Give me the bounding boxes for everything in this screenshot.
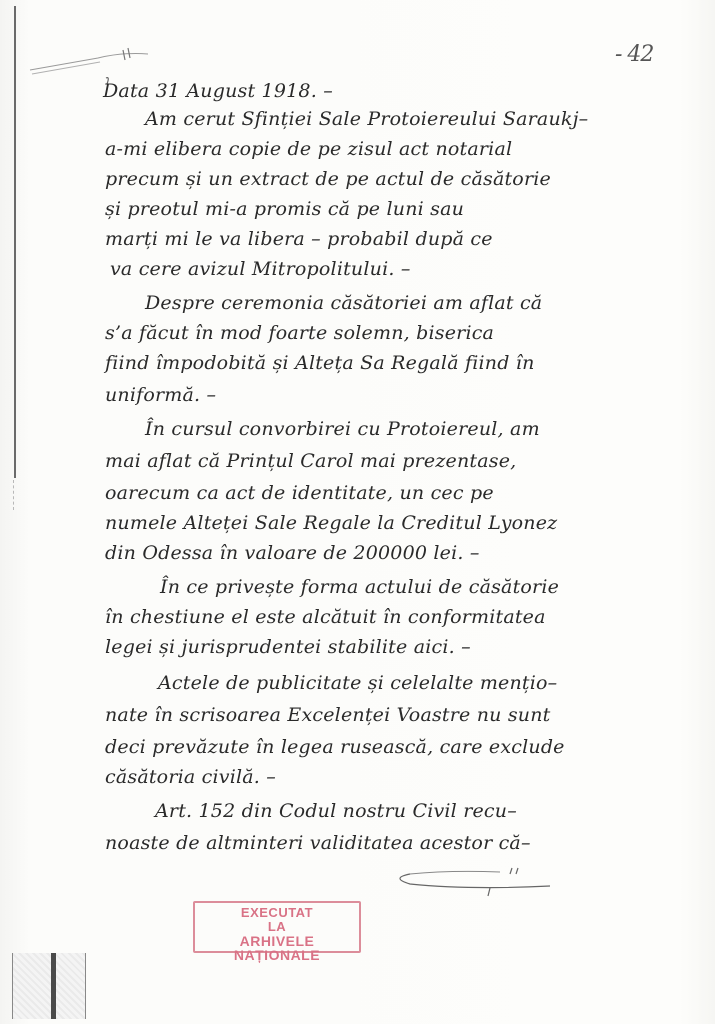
- text-line: noaste de altminteri validitatea acestor…: [105, 832, 531, 854]
- text-line: a-mi elibera copie de pe zisul act notar…: [105, 138, 512, 160]
- text-line: oarecum ca act de identitate, un cec pe: [105, 482, 494, 504]
- archive-stamp: EXECUTAT LA ARHIVELE NAȚIONALE: [193, 901, 361, 953]
- text-line: Actele de publicitate și celelalte menți…: [158, 672, 557, 694]
- margin-line-faint: [13, 480, 15, 510]
- text-line: fiind împodobită și Alteța Sa Regală fii…: [105, 352, 535, 374]
- text-line: marți mi le va libera – probabil după ce: [105, 228, 493, 250]
- text-line: precum și un extract de pe actul de căsă…: [105, 168, 551, 190]
- text-line: va cere avizul Mitropolitului. –: [110, 258, 411, 280]
- stamp-line-1: EXECUTAT: [195, 906, 359, 920]
- text-line: căsătoria civilă. –: [105, 766, 276, 788]
- margin-line: [14, 6, 16, 478]
- page-number: - 42: [615, 42, 653, 67]
- flourish-mark: [390, 860, 560, 900]
- text-line: uniformă. –: [105, 384, 216, 406]
- binding-edge: [12, 953, 86, 1019]
- text-line: Data 31 August 1918. –: [103, 80, 333, 102]
- text-line: În ce privește forma actului de căsători…: [160, 576, 559, 598]
- text-line: legei și jurisprudentei stabilite aici. …: [105, 636, 471, 658]
- text-line: în chestiune el este alcătuit în conform…: [105, 606, 546, 628]
- stamp-line-2: LA: [195, 920, 359, 934]
- text-line: nate în scrisoarea Excelenței Voastre nu…: [105, 704, 551, 726]
- text-line: Art. 152 din Codul nostru Civil recu–: [155, 800, 517, 822]
- text-line: deci prevăzute în legea rusească, care e…: [105, 736, 565, 758]
- binding-bar: [51, 953, 56, 1019]
- text-line: din Odessa în valoare de 200000 lei. –: [105, 542, 480, 564]
- text-line: numele Alteței Sale Regale la Creditul L…: [105, 512, 557, 534]
- document-page: - 42 Data 31 August 1918. – Am cerut Sfi…: [0, 0, 715, 1024]
- stamp-line-3: ARHIVELE NAȚIONALE: [195, 934, 359, 962]
- text-line: și preotul mi-a promis că pe luni sau: [105, 198, 464, 220]
- text-line: Despre ceremonia căsătoriei am aflat că: [145, 292, 542, 314]
- text-line: Am cerut Sfinției Sale Protoiereului Sar…: [145, 108, 588, 130]
- text-line: În cursul convorbirei cu Protoiereul, am: [145, 418, 540, 440]
- text-line: s’a făcut în mod foarte solemn, biserica: [105, 322, 494, 344]
- text-line: mai aflat că Prințul Carol mai prezentas…: [105, 450, 516, 472]
